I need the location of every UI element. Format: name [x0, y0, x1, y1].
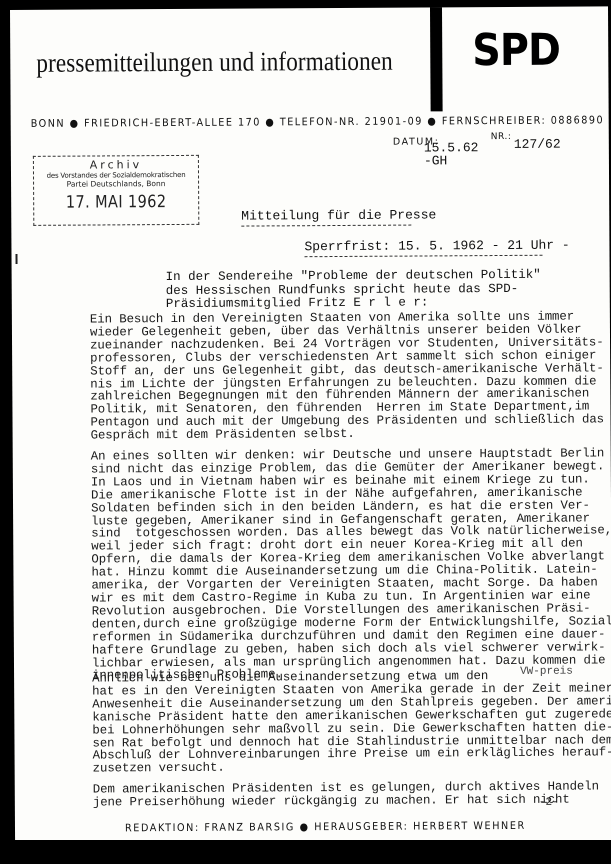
masthead-title: pressemitteilungen und informationen [36, 46, 393, 79]
datum-suffix: -GH [424, 154, 479, 167]
archive-stamp: Archiv des Vorstandes der Sozialdemokrat… [33, 155, 199, 226]
footer-credits: REDAKTION: FRANZ BARSIG ● HERAUSGEBER: H… [125, 820, 526, 834]
paragraph-1: Ein Besuch in den Vereinigten Staaten vo… [90, 310, 611, 442]
document-page: pressemitteilungen und informationen SPD… [10, 6, 611, 846]
nr-value: 127/62 [514, 137, 561, 152]
datum-value: 15.5.62 -GH [424, 141, 479, 167]
scan-border [0, 840, 611, 864]
spd-logo: SPD [472, 25, 560, 77]
paragraph-2: An eines sollten wir denken: wir Deutsch… [91, 447, 611, 682]
scan-mark [15, 254, 17, 264]
paragraph-3: Ähnlich wie bei uns die Auseinandersetzu… [92, 669, 611, 775]
embargo-line: Sperrfrist: 15. 5. 1962 - 21 Uhr - [304, 238, 542, 257]
nr-label: NR.: [491, 132, 512, 142]
stamp-date: 17. MAI 1962 [46, 192, 186, 213]
stamp-line-3: Partei Deutschlands, Bonn [34, 179, 198, 189]
letterhead-address: BONN ● FRIEDRICH-EBERT-ALLEE 170 ● TELEF… [31, 114, 604, 130]
paragraph-4: Dem amerikanischen Präsidenten ist es ge… [93, 780, 611, 809]
logo-bar [430, 7, 443, 111]
intro-text: In der Sendereihe "Probleme der deutsche… [166, 269, 541, 312]
page-continuation-marker: -2- [539, 797, 559, 809]
stamp-title: Archiv [34, 158, 198, 172]
press-heading: Mitteilung für die Presse [241, 208, 411, 227]
